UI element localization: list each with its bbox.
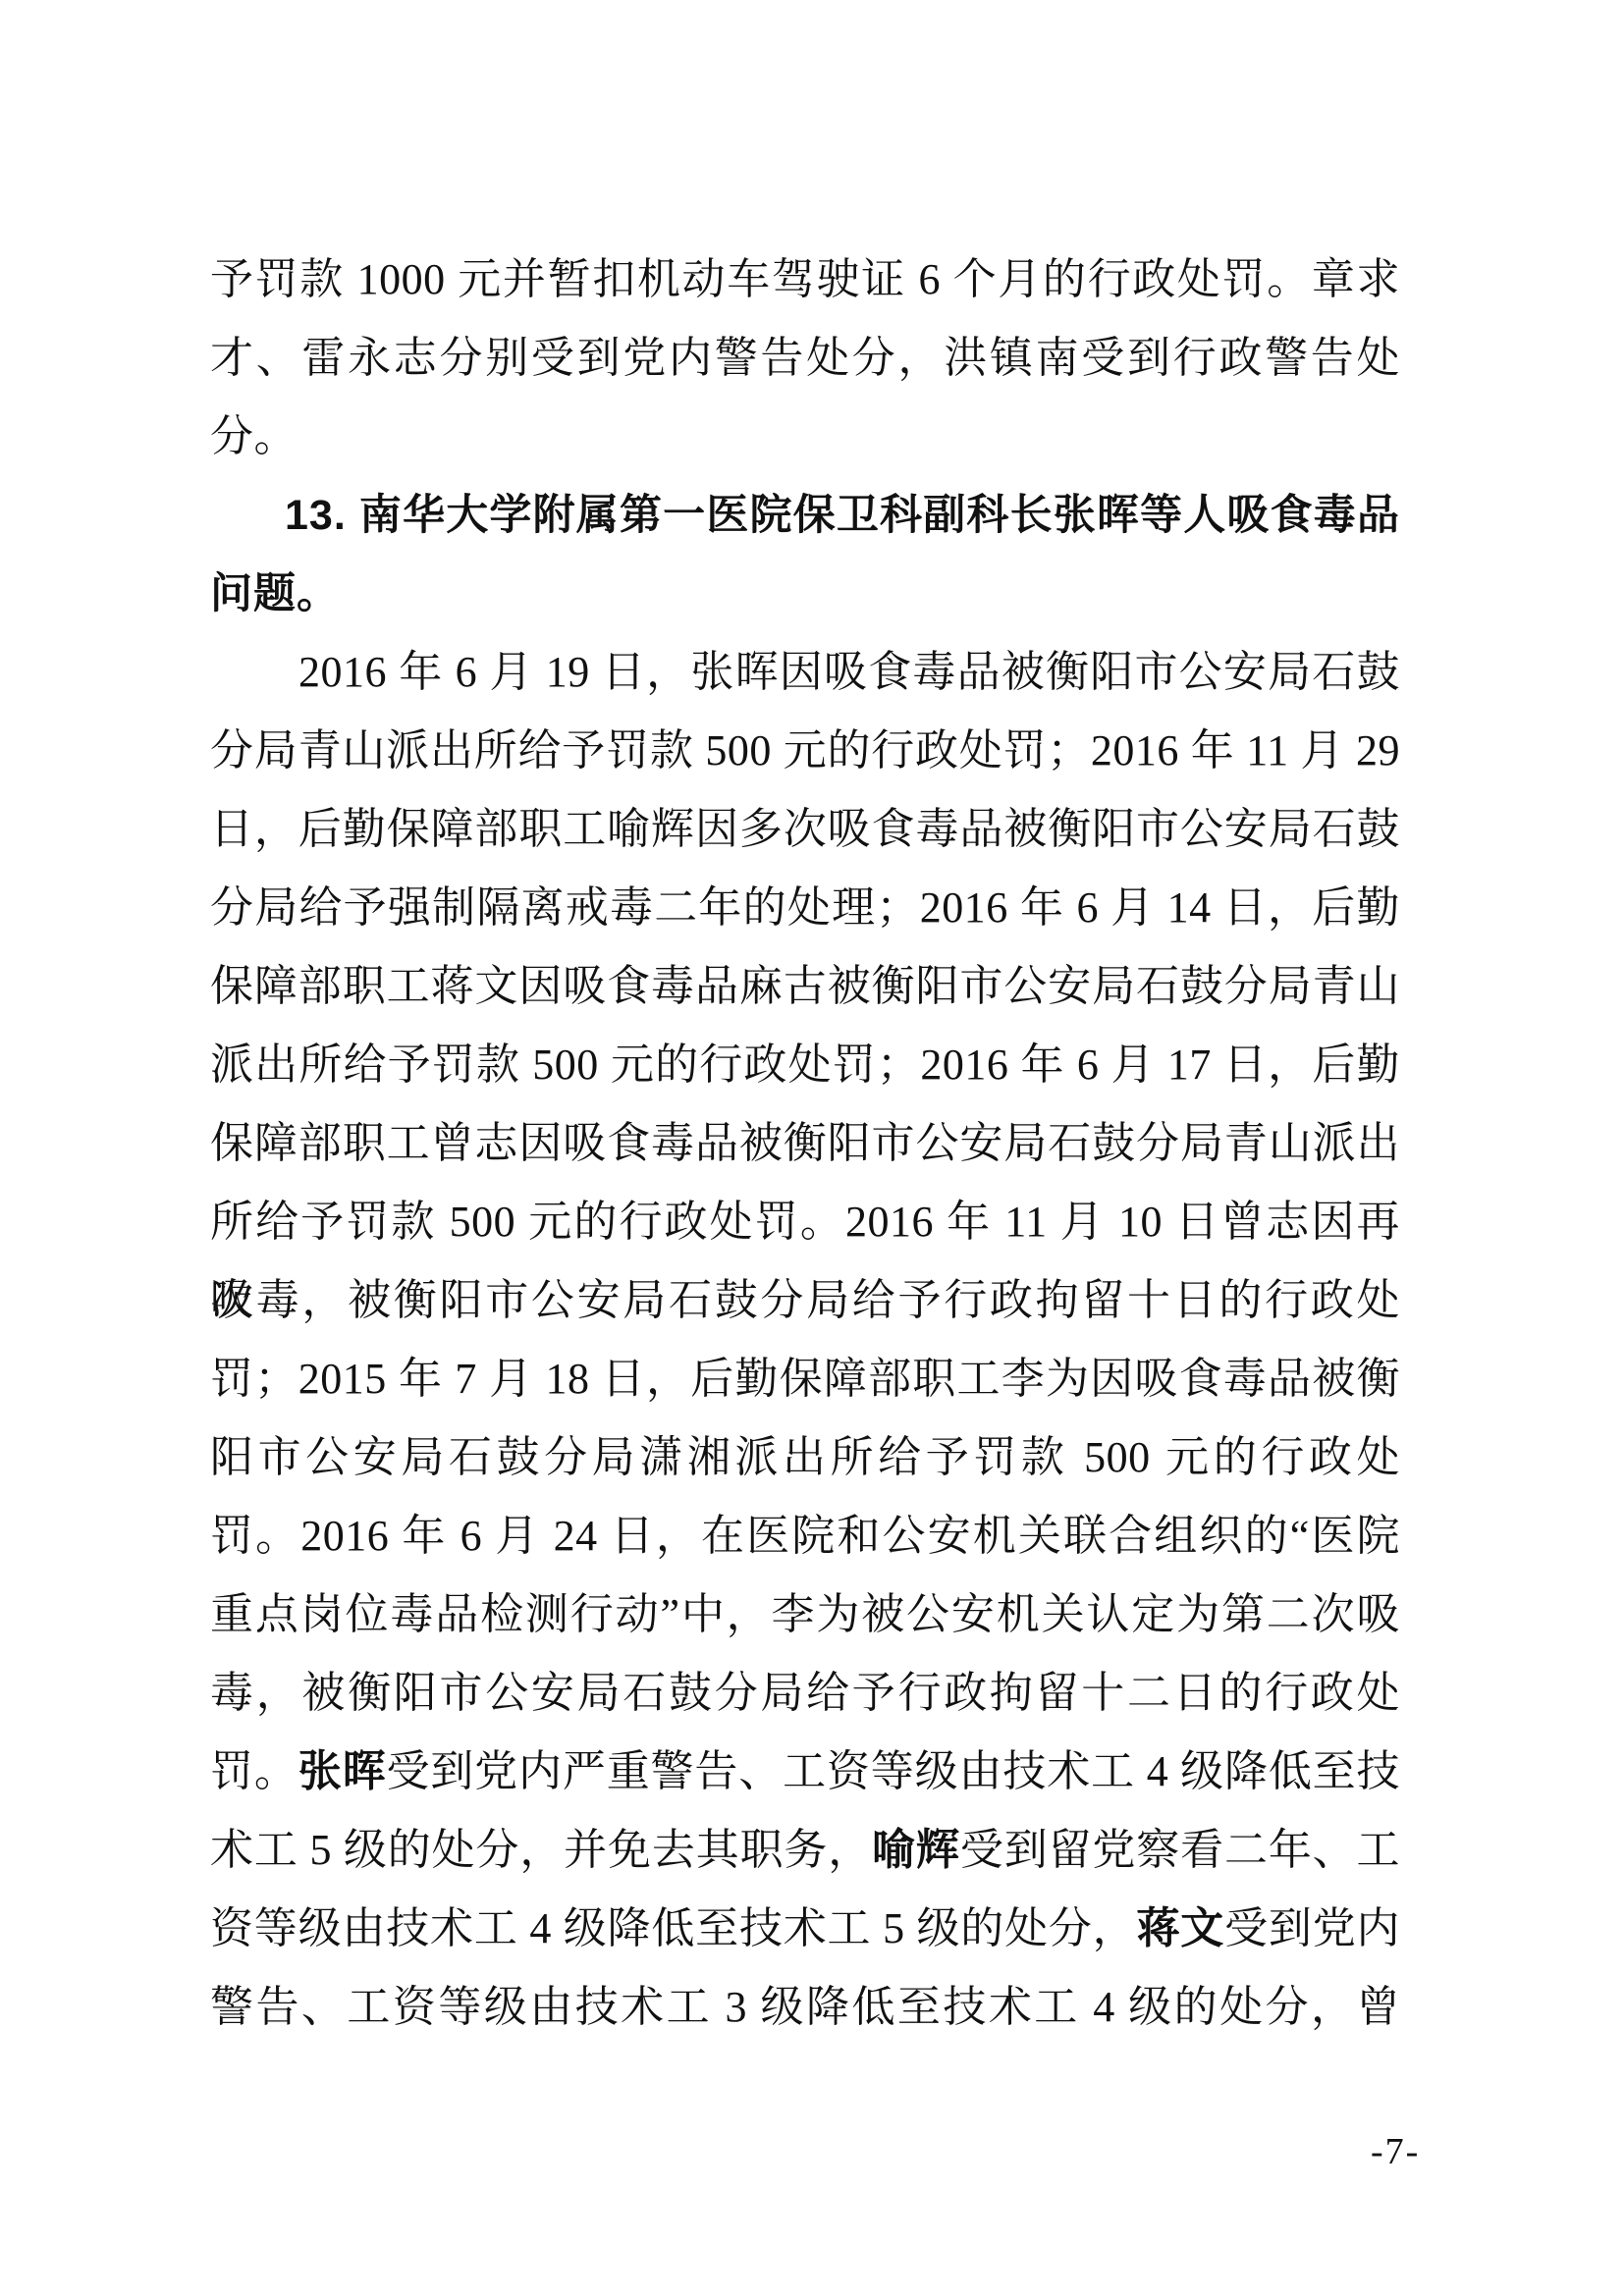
text-line: 保障部职工曾志因吸食毒品被衡阳市公安局石鼓分局青山派出 [210, 1104, 1400, 1183]
emphasized-name: 喻辉 [872, 1826, 960, 1874]
text-segment: 2016 年 6 月 19 日，张晖因吸食毒品被衡阳市公安局石鼓 [298, 648, 1400, 696]
text-segment: 阳市公安局石鼓分局潇湘派出所给予罚款 500 元的行政处 [210, 1433, 1400, 1481]
document-blocks: 予罚款 1000 元并暂扣机动车驾驶证 6 个月的行政处罚。章求才、雷永志分别受… [210, 240, 1400, 2047]
text-line: 分。 [210, 398, 1400, 476]
text-segment: 罚。2016 年 6 月 24 日，在医院和公安机关联合组织的“医院 [210, 1512, 1400, 1560]
text-line: 13. 南华大学附属第一医院保卫科副科长张晖等人吸食毒品 [210, 476, 1400, 555]
text-line: 资等级由技术工 4 级降低至技术工 5 级的处分，蒋文受到党内 [210, 1890, 1400, 1968]
text-segment: 派出所给予罚款 500 元的行政处罚；2016 年 6 月 17 日，后勤 [210, 1041, 1400, 1089]
text-line: 罚。2016 年 6 月 24 日，在医院和公安机关联合组织的“医院 [210, 1497, 1400, 1575]
text-segment: 警告、工资等级由技术工 3 级降低至技术工 4 级的处分，曾 [210, 1983, 1400, 2031]
text-segment: 罚。 [210, 1747, 298, 1795]
text-segment: 才、雷永志分别受到党内警告处分，洪镇南受到行政警告处 [210, 334, 1400, 382]
page-number: -7- [1371, 2122, 1420, 2181]
text-line: 日，后勤保障部职工喻辉因多次吸食毒品被衡阳市公安局石鼓 [210, 790, 1400, 869]
text-segment: 分局给予强制隔离戒毒二年的处理；2016 年 6 月 14 日，后勤 [210, 883, 1400, 932]
text-line: 所给予罚款 500 元的行政处罚。2016 年 11 月 10 日曾志因再次 [210, 1183, 1400, 1261]
text-segment: 13. 南华大学附属第一医院保卫科副科长张晖等人吸食毒品 [285, 492, 1400, 539]
text-segment: 资等级由技术工 4 级降低至技术工 5 级的处分， [210, 1904, 1136, 1952]
text-segment: 重点岗位毒品检测行动”中，李为被公安机关认定为第二次吸 [210, 1590, 1400, 1638]
text-segment: 分。 [210, 412, 298, 460]
text-line: 罚；2015 年 7 月 18 日，后勤保障部职工李为因吸食毒品被衡 [210, 1340, 1400, 1418]
text-segment: 日，后勤保障部职工喻辉因多次吸食毒品被衡阳市公安局石鼓 [210, 805, 1400, 853]
text-segment: 毒，被衡阳市公安局石鼓分局给予行政拘留十二日的行政处 [210, 1669, 1400, 1717]
text-segment: 吸毒，被衡阳市公安局石鼓分局给予行政拘留十日的行政处 [210, 1276, 1400, 1324]
text-line: 问题。 [210, 555, 1400, 633]
text-segment: 受到党内 [1224, 1904, 1400, 1952]
heading-item-13: 13. 南华大学附属第一医院保卫科副科长张晖等人吸食毒品问题。 [210, 476, 1400, 633]
text-line: 阳市公安局石鼓分局潇湘派出所给予罚款 500 元的行政处 [210, 1418, 1400, 1497]
text-segment: 分局青山派出所给予罚款 500 元的行政处罚；2016 年 11 月 29 [210, 726, 1400, 774]
document-page: 予罚款 1000 元并暂扣机动车驾驶证 6 个月的行政处罚。章求才、雷永志分别受… [0, 0, 1624, 2296]
text-line: 分局青山派出所给予罚款 500 元的行政处罚；2016 年 11 月 29 [210, 712, 1400, 790]
text-segment: 受到留党察看二年、工 [960, 1826, 1400, 1874]
text-line: 警告、工资等级由技术工 3 级降低至技术工 4 级的处分，曾 [210, 1968, 1400, 2047]
emphasized-name: 张晖 [298, 1747, 387, 1795]
text-line: 吸毒，被衡阳市公安局石鼓分局给予行政拘留十日的行政处 [210, 1261, 1400, 1340]
text-line: 重点岗位毒品检测行动”中，李为被公安机关认定为第二次吸 [210, 1575, 1400, 1654]
text-line: 分局给予强制隔离戒毒二年的处理；2016 年 6 月 14 日，后勤 [210, 869, 1400, 947]
text-line: 毒，被衡阳市公安局石鼓分局给予行政拘留十二日的行政处 [210, 1654, 1400, 1733]
text-segment: 保障部职工曾志因吸食毒品被衡阳市公安局石鼓分局青山派出 [210, 1119, 1400, 1167]
paragraph-main: 2016 年 6 月 19 日，张晖因吸食毒品被衡阳市公安局石鼓分局青山派出所给… [210, 633, 1400, 2047]
text-segment: 罚；2015 年 7 月 18 日，后勤保障部职工李为因吸食毒品被衡 [210, 1355, 1400, 1403]
text-segment: 术工 5 级的处分，并免去其职务， [210, 1826, 872, 1874]
emphasized-name: 蒋文 [1136, 1904, 1224, 1952]
text-segment: 保障部职工蒋文因吸食毒品麻古被衡阳市公安局石鼓分局青山 [210, 962, 1400, 1010]
text-line: 罚。张晖受到党内严重警告、工资等级由技术工 4 级降低至技 [210, 1733, 1400, 1811]
text-line: 2016 年 6 月 19 日，张晖因吸食毒品被衡阳市公安局石鼓 [210, 633, 1400, 712]
text-line: 术工 5 级的处分，并免去其职务，喻辉受到留党察看二年、工 [210, 1811, 1400, 1890]
text-segment: 问题。 [210, 570, 340, 617]
text-line: 予罚款 1000 元并暂扣机动车驾驶证 6 个月的行政处罚。章求 [210, 240, 1400, 319]
text-segment: 受到党内严重警告、工资等级由技术工 4 级降低至技 [386, 1747, 1400, 1795]
text-line: 保障部职工蒋文因吸食毒品麻古被衡阳市公安局石鼓分局青山 [210, 947, 1400, 1026]
text-line: 才、雷永志分别受到党内警告处分，洪镇南受到行政警告处 [210, 319, 1400, 398]
paragraph-continuation: 予罚款 1000 元并暂扣机动车驾驶证 6 个月的行政处罚。章求才、雷永志分别受… [210, 240, 1400, 476]
text-segment: 予罚款 1000 元并暂扣机动车驾驶证 6 个月的行政处罚。章求 [210, 255, 1400, 303]
text-line: 派出所给予罚款 500 元的行政处罚；2016 年 6 月 17 日，后勤 [210, 1026, 1400, 1104]
